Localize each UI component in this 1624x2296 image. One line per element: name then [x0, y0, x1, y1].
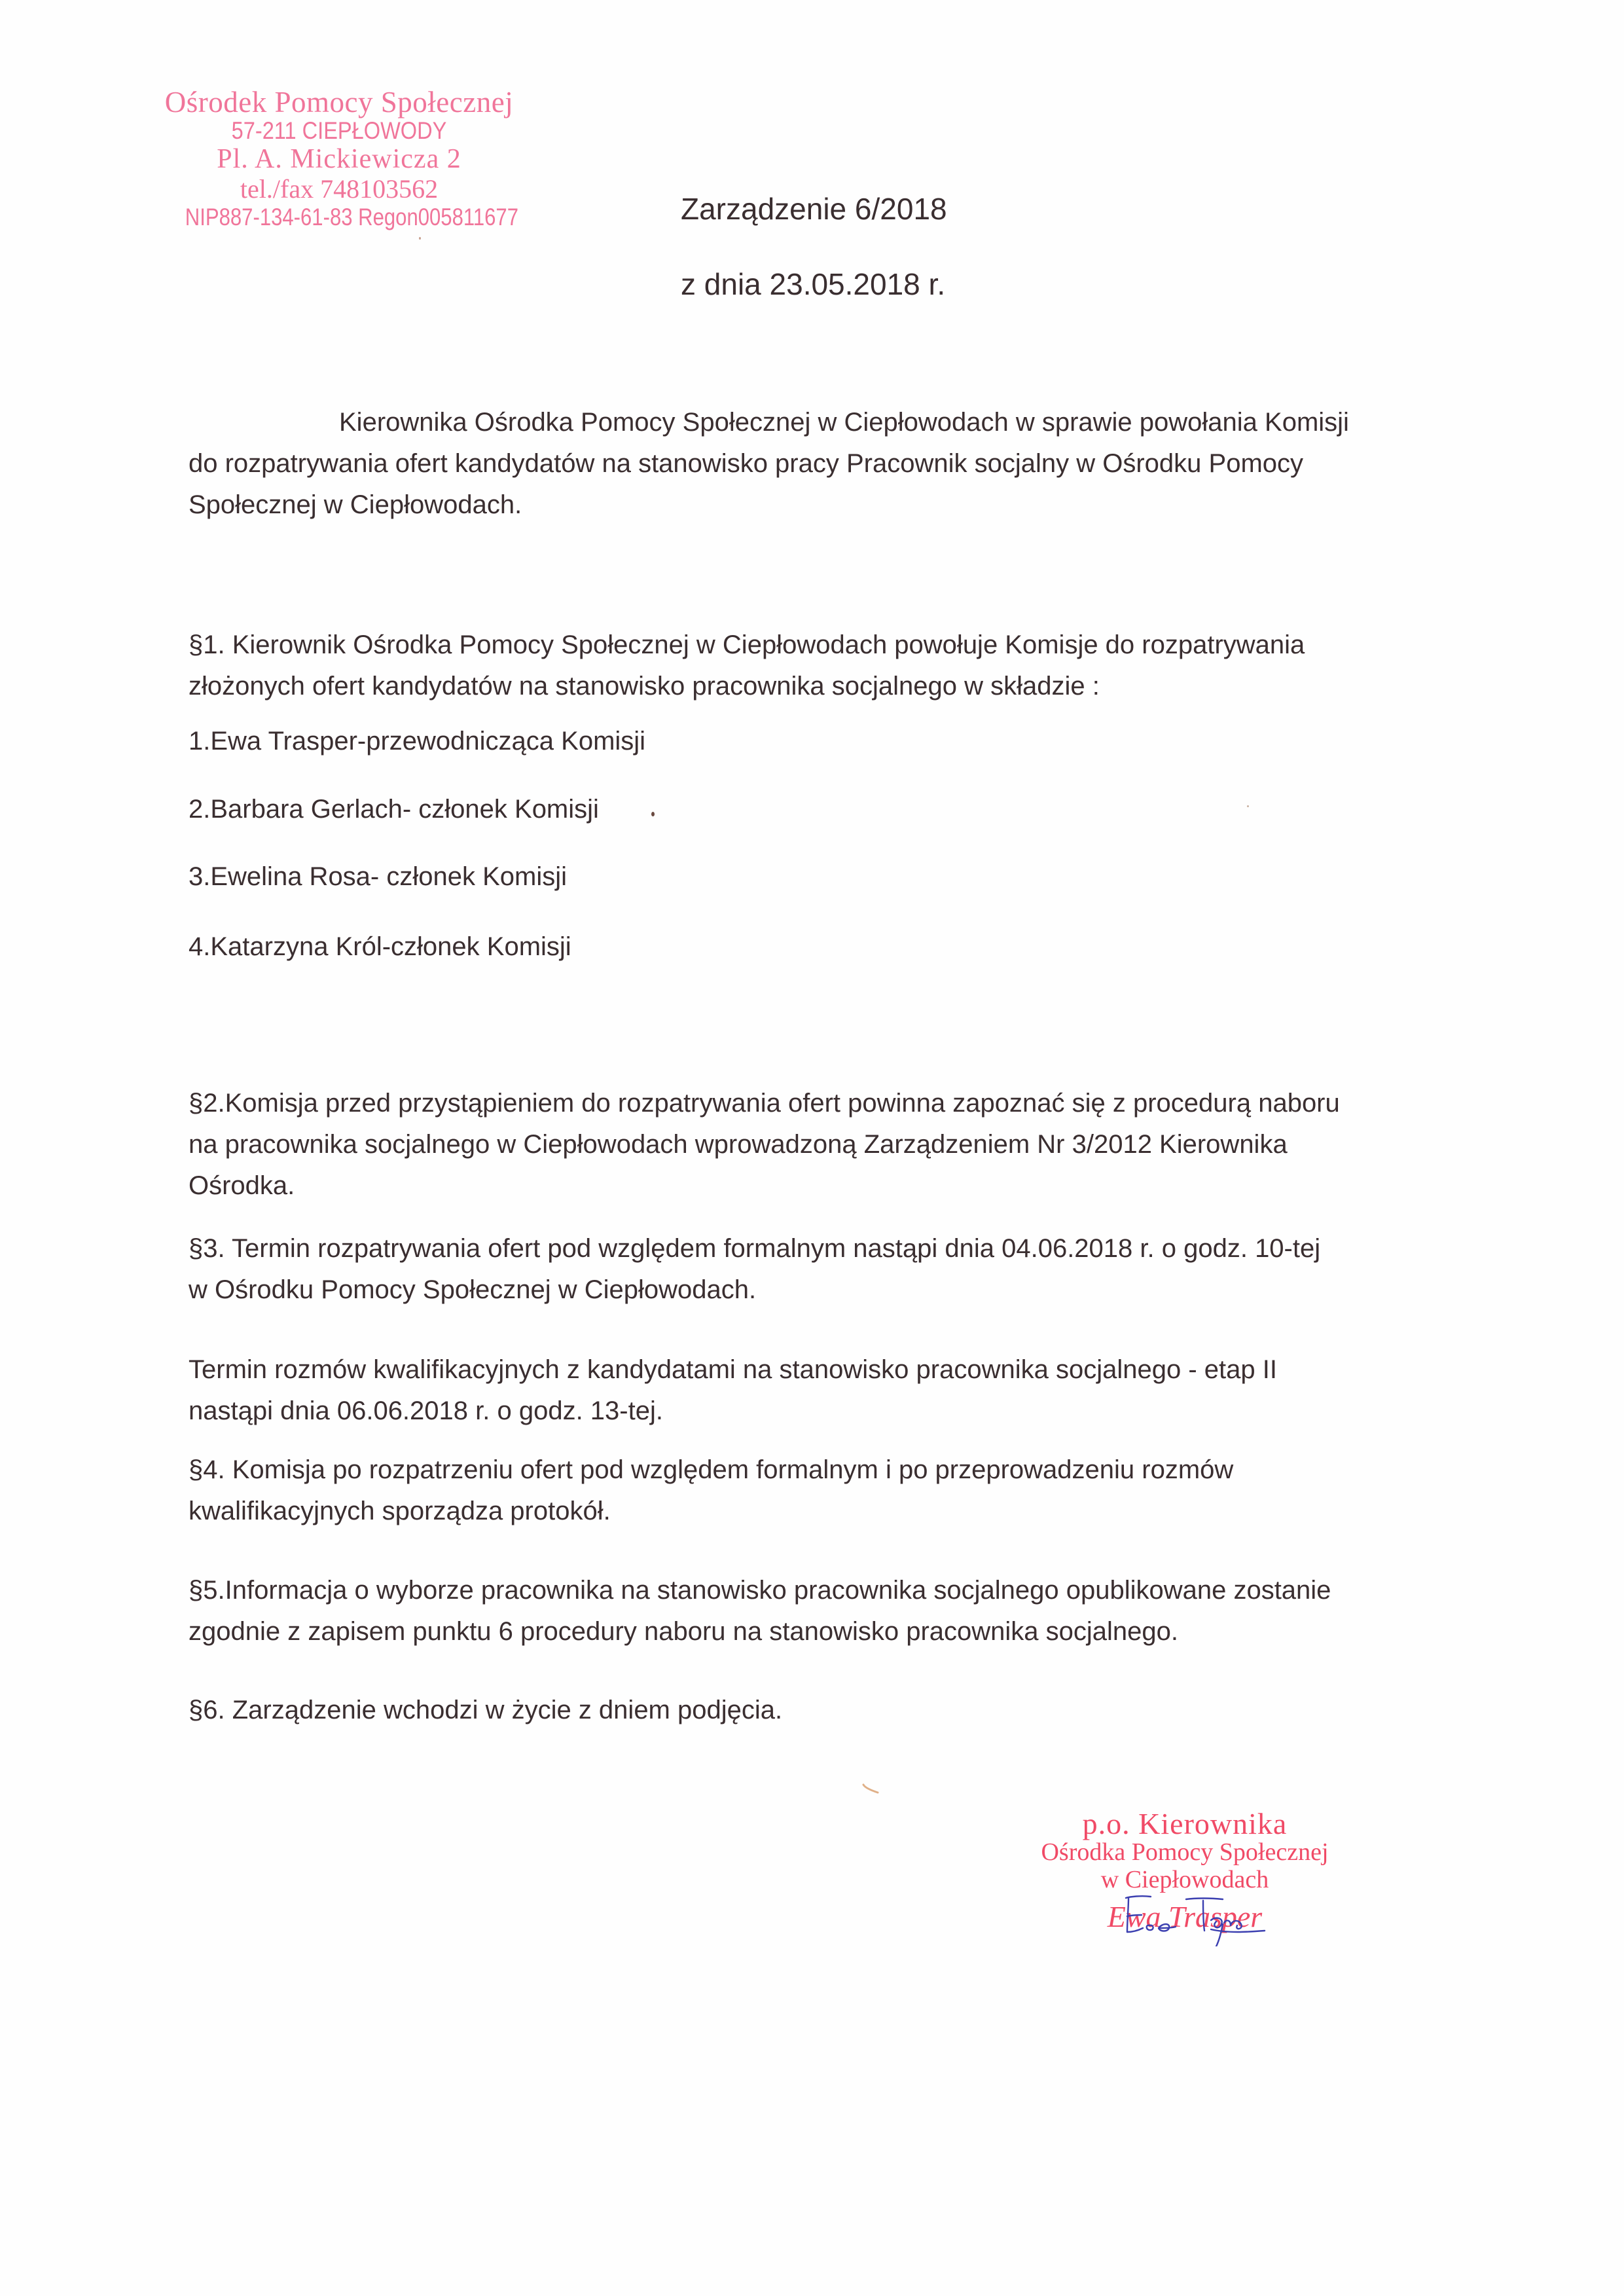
document-date: z dnia 23.05.2018 r. — [681, 266, 945, 302]
committee-member: 3.Ewelina Rosa- członek Komisji — [189, 862, 567, 892]
section-3-line: §3. Termin rozpatrywania ofert pod wzglę… — [189, 1228, 1406, 1269]
stamp-phone: tel./fax 748103562 — [156, 174, 522, 204]
intro-line: Kierownika Ośrodka Pomocy Społecznej w C… — [189, 402, 1406, 443]
section-2-line: §2.Komisja przed przystąpieniem do rozpa… — [189, 1083, 1406, 1124]
document-page: Ośrodek Pomocy Społecznej 57-211 CIEPŁOW… — [0, 0, 1624, 2296]
committee-member: 2.Barbara Gerlach- członek Komisji — [189, 795, 599, 824]
handwritten-signature-icon — [1113, 1894, 1270, 1946]
intro-line: do rozpatrywania ofert kandydatów na sta… — [189, 443, 1406, 484]
stamp-ids: NIP887-134-61-83 Regon005811677 — [185, 204, 493, 230]
section-4-line: §4. Komisja po rozpatrzeniu ofert pod wz… — [189, 1449, 1406, 1491]
section-4: §4. Komisja po rozpatrzeniu ofert pod wz… — [189, 1449, 1406, 1532]
section-1-line: złożonych ofert kandydatów na stanowisko… — [189, 666, 1406, 707]
scan-speck — [1247, 805, 1249, 807]
stamp-postal-city: 57-211 CIEPŁOWODY — [178, 118, 501, 144]
section-3b-line: Termin rozmów kwalifikacyjnych z kandyda… — [189, 1349, 1406, 1391]
section-3: §3. Termin rozpatrywania ofert pod wzglę… — [189, 1228, 1406, 1311]
signature-location: w Ciepłowodach — [1021, 1865, 1348, 1894]
document-title: Zarządzenie 6/2018 — [681, 191, 947, 227]
section-6-line: §6. Zarządzenie wchodzi w życie z dniem … — [189, 1690, 1406, 1731]
section-1-line: §1. Kierownik Ośrodka Pomocy Społecznej … — [189, 625, 1406, 666]
stamp-address: Pl. A. Mickiewicza 2 — [156, 144, 522, 174]
section-3-line: w Ośrodku Pomocy Społecznej w Ciepłowoda… — [189, 1269, 1406, 1311]
section-5-line: zgodnie z zapisem punktu 6 procedury nab… — [189, 1611, 1406, 1652]
scan-speck — [861, 1782, 887, 1802]
stamp-institution-name: Ośrodek Pomocy Społecznej — [156, 86, 522, 118]
institution-stamp: Ośrodek Pomocy Społecznej 57-211 CIEPŁOW… — [156, 86, 522, 230]
signature-role: p.o. Kierownika — [1021, 1809, 1348, 1839]
committee-member: 1.Ewa Trasper-przewodnicząca Komisji — [189, 727, 645, 756]
section-2-line: Ośrodka. — [189, 1165, 1406, 1207]
scan-speck — [419, 237, 421, 240]
scan-speck — [651, 812, 655, 816]
section-2-line: na pracownika socjalnego w Ciepłowodach … — [189, 1124, 1406, 1165]
intro-line: Społecznej w Ciepłowodach. — [189, 484, 1406, 526]
section-3b-line: nastąpi dnia 06.06.2018 r. o godz. 13-te… — [189, 1391, 1406, 1432]
section-4-line: kwalifikacyjnych sporządza protokół. — [189, 1491, 1406, 1532]
section-1: §1. Kierownik Ośrodka Pomocy Społecznej … — [189, 625, 1406, 707]
intro-paragraph: Kierownika Ośrodka Pomocy Społecznej w C… — [189, 402, 1406, 526]
section-2: §2.Komisja przed przystąpieniem do rozpa… — [189, 1083, 1406, 1207]
section-5-line: §5.Informacja o wyborze pracownika na st… — [189, 1570, 1406, 1611]
section-3-interview: Termin rozmów kwalifikacyjnych z kandyda… — [189, 1349, 1406, 1432]
signature-institution: Ośrodka Pomocy Społecznej — [1021, 1839, 1348, 1865]
committee-member: 4.Katarzyna Król-członek Komisji — [189, 932, 571, 962]
section-5: §5.Informacja o wyborze pracownika na st… — [189, 1570, 1406, 1652]
section-6: §6. Zarządzenie wchodzi w życie z dniem … — [189, 1690, 1406, 1731]
